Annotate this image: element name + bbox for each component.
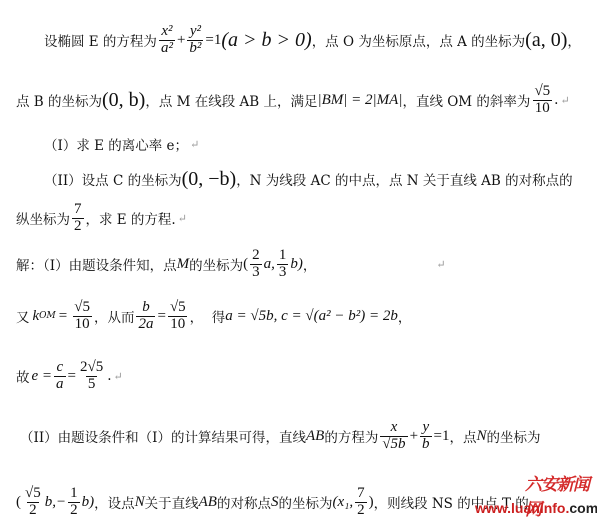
solution-line-2: 又 kOM = √510 ，从而 b2a = √510 ， 得 a = √5b,… [16, 296, 411, 336]
part-2-question-line-1: （II）设点 C 的坐标为 (0, −b) ，N 为线段 AC 的中点，点 N … [44, 168, 573, 190]
a-c-result: a = √5b, c = √(a² − b²) = 2b [225, 308, 398, 325]
solution-line-3: 故 e = ca = 2√55 .↵ [16, 356, 123, 396]
point-b-coord: (0, b) [102, 89, 145, 112]
fraction-sqrt5-10: √510 [168, 300, 188, 333]
fraction-b-2a: b2a [136, 300, 155, 333]
fraction-1-2: 12 [68, 486, 80, 519]
part-2-question-line-2: 纵坐标为 72 ，求 E 的方程.↵ [16, 198, 187, 238]
problem-intro: 设椭圆 E 的方程为 [44, 30, 157, 50]
fraction-7-2: 72 [355, 486, 367, 519]
fraction-sqrt5-10: √510 [72, 300, 92, 333]
part-1-question: （I）求 E 的离心率 e；↵ [44, 133, 199, 155]
watermark-url: www.luaninfo.com [475, 500, 597, 516]
paragraph-mark-icon: ↵ [560, 94, 569, 107]
fraction-c-a: ca [54, 360, 66, 393]
bm-ma-condition: |BM| = 2|MA| [318, 92, 403, 109]
watermark-logo: 六安新闻网 www.luaninfo.com [525, 470, 597, 532]
point-a-coord: (a, 0) [525, 29, 567, 52]
fraction-sqrt5-2: √52 [23, 486, 43, 519]
fraction-y-b: yb [420, 420, 432, 453]
point-c-coord: (0, −b) [182, 168, 237, 191]
fraction-7-2: 72 [72, 202, 84, 235]
solution-line-1: 解：（I）由题设条件知，点 M 的坐标为 ( 23 a, 13 b) ， ↵ [16, 244, 446, 284]
fraction-1-3: 13 [277, 248, 289, 281]
paragraph-mark-icon: ↵ [190, 138, 199, 151]
paragraph-mark-icon: ↵ [114, 370, 123, 383]
solution-line-5: ( √52 b,− 12 b) ，设点 N 关于直线 AB 的对称点 S 的坐标… [16, 480, 529, 524]
fraction-2sqrt5-5: 2√55 [78, 360, 105, 393]
ellipse-condition: (a > b > 0) [221, 29, 311, 52]
slope-fraction: √510 [532, 84, 552, 117]
solution-line-4: （II）由题设条件和（I）的计算结果可得，直线 AB 的方程为 x√5b + y… [20, 416, 541, 456]
paragraph-mark-icon: ↵ [436, 258, 445, 271]
fraction-2-3: 23 [250, 248, 262, 281]
problem-line-1: 设椭圆 E 的方程为 x²a² + y²b² =1 (a > b > 0) ，点… [44, 20, 581, 60]
paragraph-mark-icon: ↵ [178, 212, 187, 225]
problem-line-2: 点 B 的坐标为 (0, b) ，点 M 在线段 AB 上，满足 |BM| = … [16, 80, 570, 120]
fraction-x2-a2: x²a² [159, 24, 175, 57]
fraction-y2-b2: y²b² [187, 24, 203, 57]
fraction-x-sqrt5b: x√5b [380, 420, 407, 453]
